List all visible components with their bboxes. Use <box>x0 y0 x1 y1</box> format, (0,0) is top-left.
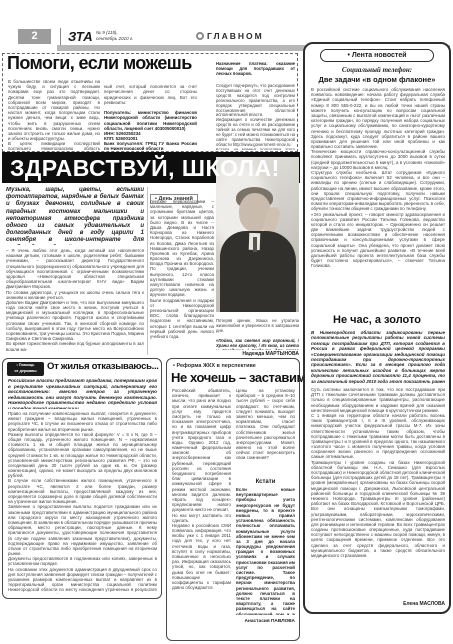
news-feed-header: • Лента новостей <box>320 49 434 62</box>
help-article-bank-details: Получатель: министерство финансов Нижего… <box>104 110 197 150</box>
school-article-signature: Надежда МАРТЫНОВА <box>216 351 299 357</box>
feed-item-2-title: Не час, а золото <box>309 314 445 326</box>
section-title: главном <box>207 31 264 41</box>
photo-caption: Потеряв зрение, Маша не утратила жизнелю… <box>216 314 299 350</box>
housing-article-lead: Российские власти предлагают гражданам, … <box>8 378 157 409</box>
feed-item-1-title: Две задачи «в одном флаконе» <box>309 75 445 84</box>
utilities-article-signature: Анастасия ПАВЛОВА <box>236 619 295 624</box>
badge-line-2: от державы <box>7 368 44 374</box>
caption-intro: Потеряв зрение, Маша не утратила жизнелю… <box>216 319 299 334</box>
help-article-title: Помоги, если можешь <box>7 53 219 74</box>
feed-item-2-lead: В Нижегородской области зафиксированы пе… <box>311 330 445 384</box>
newspaper-logo: ЗТА <box>60 28 93 45</box>
newspaper-page: 2 ЗТА № 9 (115), сентябрь 2010 г. главно… <box>0 0 453 644</box>
utilities-article-title: Не хочешь – заставим <box>171 370 306 385</box>
school-article-column-1: – Я очень люблю этот день, когда актовый… <box>6 248 144 357</box>
caption-poem: «Пойми, как светел мир огромный, / Храни… <box>216 339 299 350</box>
section-header: главном <box>196 31 264 41</box>
school-article-lead: Музыка, шары, цветы, вспышки фотоаппарат… <box>6 187 144 245</box>
school-article-column-2: ленькие первоклассники – маленькие, наря… <box>150 199 214 356</box>
utilities-article-box: • Реформа ЖКХ в перспективе Не хочешь – … <box>166 358 300 641</box>
news-feed-box: • Лента новостей Социальный телефон: Две… <box>303 42 451 614</box>
boy-tie <box>253 237 257 252</box>
housing-article-box: • Помощь от державы От жилья отказываюсь… <box>2 358 162 599</box>
school-article-title: ЗДРАВСТВУЙ, ШКОЛА! <box>10 155 280 182</box>
utilities-article-column-2: Цены на установку приборов – в среднем 8… <box>236 388 295 636</box>
column-divider <box>147 187 148 355</box>
feed-item-2-signature: Елена МАСЛОВА <box>311 601 445 607</box>
page-number: 2 <box>18 29 51 44</box>
feed-item-1-body: В российской системе социального обслужи… <box>311 87 445 312</box>
housing-article-title: От жилья отказываюсь... <box>47 361 159 372</box>
help-article-column-3: Назначение платежа: оказание помощи для … <box>216 57 295 150</box>
housing-article-badge: • Помощь от державы <box>7 362 44 376</box>
issue-info: № 9 (115), сентябрь 2010 г. <box>96 30 133 42</box>
help-article-column-1: В большинстве своем люди отзывчивы на чу… <box>8 79 100 150</box>
help-article-intro: ный счет, который пополняется за счет пе… <box>104 84 197 105</box>
section-bullet-icon <box>196 32 204 40</box>
article-help-box: Помоги, если можешь В большинстве своем … <box>2 53 298 152</box>
feed-item-1-kicker: Социальный телефон: <box>309 66 445 74</box>
kstati-body: Если новые внутриквартирные приборы учет… <box>236 487 295 615</box>
utilities-article-body-2: Цены на установку приборов – в среднем 8… <box>236 388 295 476</box>
kstati-header: Кстати <box>236 479 295 485</box>
help-article-body: Следует подчеркнуть, что расходование по… <box>216 84 295 150</box>
payment-purpose: Назначение платежа: оказание помощи для … <box>216 62 295 77</box>
utilities-article-column-1: Российский обыватель, конечно, привыкает… <box>172 388 231 636</box>
housing-article-body: Право на получение компенсационных выпла… <box>8 411 157 594</box>
utilities-article-label: • Реформа ЖКХ в перспективе <box>173 363 256 369</box>
feed-item-2-body: Суть системы заключается в том, что все … <box>311 387 445 598</box>
issue-date: сентябрь 2010 г. <box>96 36 133 42</box>
help-article-column-2: ный счет, который пополняется за счет пе… <box>104 79 197 150</box>
